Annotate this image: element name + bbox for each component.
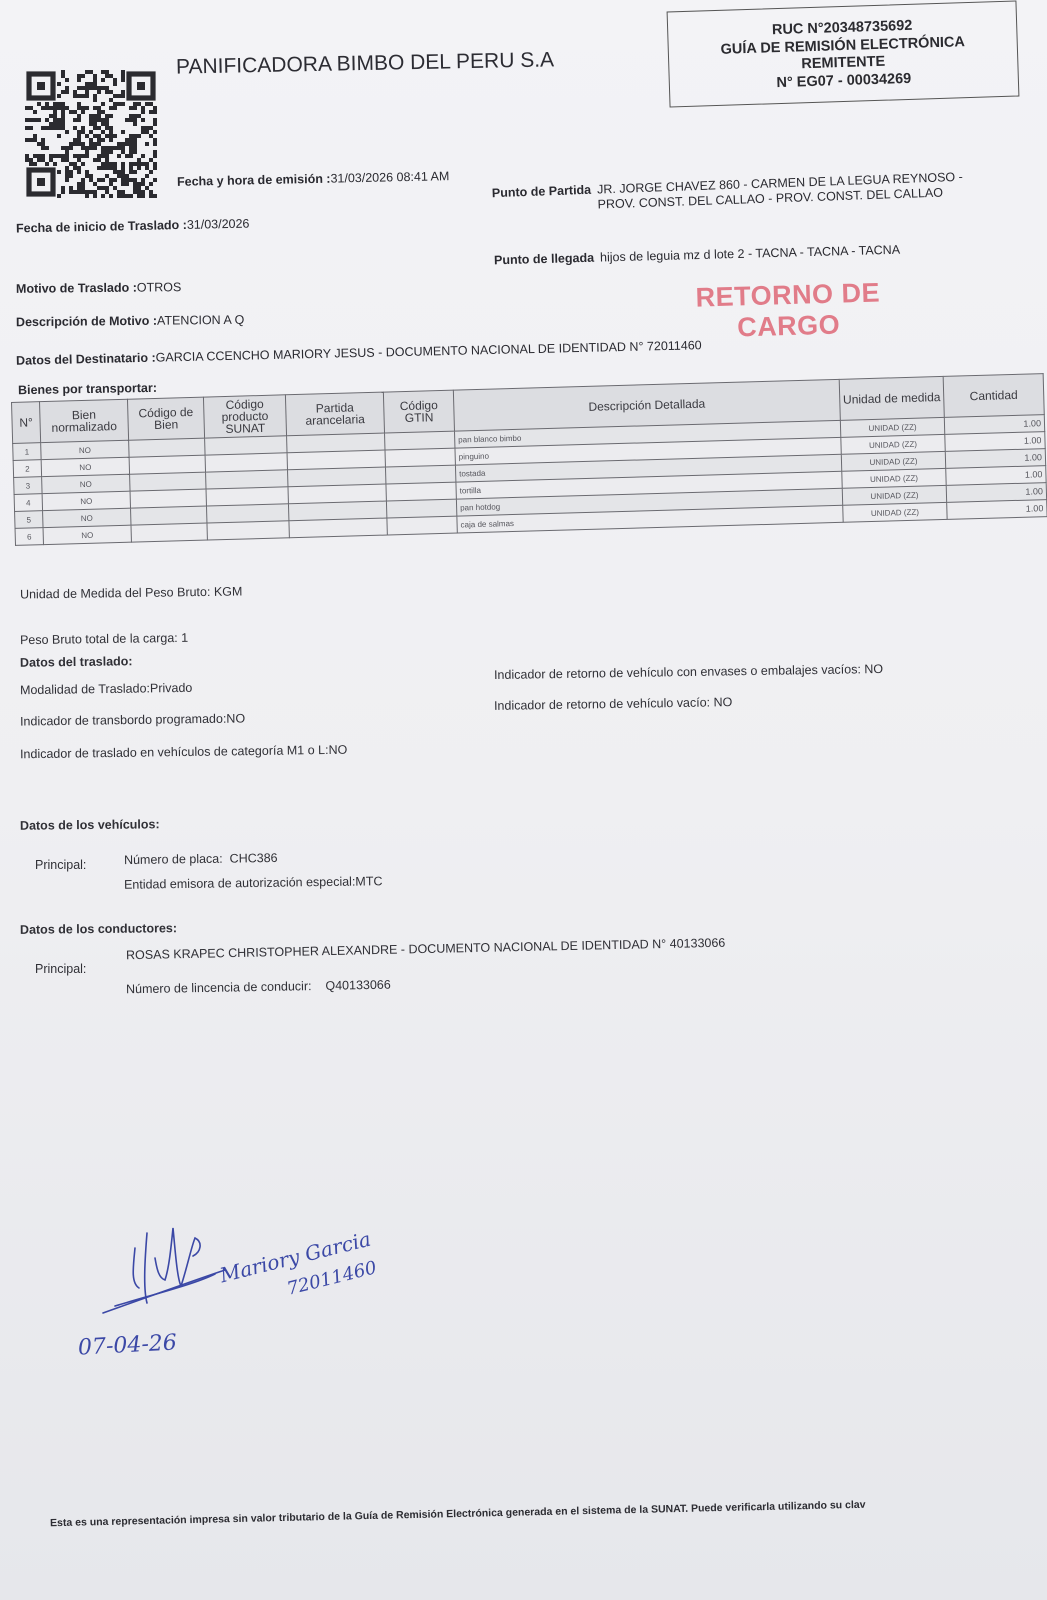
vehicles-title: Datos de los vehículos: <box>20 817 160 832</box>
goods-cell-codigo-bien <box>131 523 207 542</box>
goods-cell-gtin <box>386 482 456 501</box>
goods-col-header: Unidad de medida <box>839 376 944 420</box>
reason-description: Descripción de Motivo :ATENCION A Q <box>16 313 244 329</box>
stamp-line2: CARGO <box>696 308 881 344</box>
goods-cell-codigo-bien <box>130 489 206 508</box>
departure-point-address: JR. JORGE CHAVEZ 860 - CARMEN DE LA LEGU… <box>597 170 964 213</box>
emission-date-value: 31/03/2026 08:41 AM <box>330 169 449 185</box>
gross-weight-unit-label: Unidad de Medida del Peso Bruto: <box>20 585 211 602</box>
gross-weight-total-value: 1 <box>181 631 188 645</box>
authorization-entity: Entidad emisora de autorización especial… <box>124 874 383 892</box>
goods-cell-cantidad: 1.00 <box>947 500 1047 520</box>
emission-date: Fecha y hora de emisión :31/03/2026 08:4… <box>177 169 450 189</box>
vehicle-principal-label: Principal: <box>35 858 86 872</box>
handwritten-date: 07-04-26 <box>77 1330 177 1360</box>
driver-license: Número de lincencia de conducir: Q401330… <box>126 978 391 997</box>
return-with-packaging-indicator: Indicador de retorno de vehículo con env… <box>494 662 883 682</box>
arrival-point: Punto de llegadahijos de leguia mz d lot… <box>494 243 900 268</box>
footer-disclaimer: Esta es una representación impresa sin v… <box>50 1499 866 1530</box>
goods-cell-codigo-bien <box>129 438 205 457</box>
reason-description-value: ATENCION A Q <box>157 313 244 328</box>
license-plate-value: CHC386 <box>230 851 278 866</box>
gross-weight-total: Peso Bruto total de la carga: 1 <box>20 631 188 647</box>
goods-col-header: Código GTIN <box>383 390 454 433</box>
transfer-reason: Motivo de Traslado :OTROS <box>16 280 181 296</box>
goods-cell-codigo-bien <box>131 506 207 525</box>
goods-cell-gtin <box>385 465 455 484</box>
reason-description-label: Descripción de Motivo : <box>16 314 157 329</box>
license-plate: Número de placa: CHC386 <box>124 851 278 867</box>
goods-col-header: N° <box>12 402 41 444</box>
goods-col-header: Bien normalizado <box>40 399 129 442</box>
driver-license-value: Q40133066 <box>325 978 391 993</box>
goods-cell-n: 6 <box>15 528 43 546</box>
transfer-start-value: 31/03/2026 <box>187 217 250 232</box>
goods-cell-codigo-bien <box>130 472 206 491</box>
license-plate-label: Número de placa: <box>124 852 223 867</box>
emission-date-label: Fecha y hora de emisión : <box>177 172 331 189</box>
qr-code-icon <box>25 70 157 198</box>
company-name: PANIFICADORA BIMBO DEL PERU S.A <box>176 48 554 79</box>
return-empty-indicator: Indicador de retorno de vehículo vacío: … <box>494 695 733 713</box>
goods-col-header: Código de Bien <box>127 397 204 440</box>
m1-category-indicator: Indicador de traslado en vehículos de ca… <box>20 743 347 762</box>
goods-cell-partida <box>289 518 387 538</box>
stamp-line1: RETORNO DE <box>695 277 880 313</box>
goods-col-header: Código producto SUNAT <box>203 395 286 438</box>
driver-principal-label: Principal: <box>35 962 86 976</box>
goods-col-header: Cantidad <box>943 374 1044 418</box>
return-stamp: RETORNO DE CARGO <box>695 277 881 344</box>
goods-cell-n: 5 <box>15 511 43 529</box>
departure-point: Punto de PartidaJR. JORGE CHAVEZ 860 - C… <box>492 170 964 216</box>
arrival-point-value: hijos de leguia mz d lote 2 - TACNA - TA… <box>600 243 900 265</box>
driver-name: ROSAS KRAPEC CHRISTOPHER ALEXANDRE - DOC… <box>126 936 726 963</box>
arrival-point-label: Punto de llegada <box>494 251 594 268</box>
goods-cell-codigo-bien <box>129 455 205 474</box>
goods-cell-gtin <box>385 431 455 450</box>
drivers-title: Datos de los conductores: <box>20 921 177 937</box>
transfer-mode: Modalidad de Traslado:Privado <box>20 681 193 697</box>
goods-cell-n: 1 <box>13 443 41 461</box>
transfer-start-date: Fecha de inicio de Traslado :31/03/2026 <box>16 217 250 236</box>
transshipment-indicator: Indicador de transbordo programado:NO <box>20 711 245 728</box>
gross-weight-unit-value: KGM <box>214 584 243 598</box>
transfer-reason-label: Motivo de Traslado : <box>16 281 137 296</box>
goods-cell-gtin <box>385 448 455 467</box>
goods-cell-n: 4 <box>14 494 42 512</box>
goods-col-header: Partida arancelaria <box>285 392 384 436</box>
transfer-data-title: Datos del traslado: <box>20 654 133 670</box>
gross-weight-total-label: Peso Bruto total de la carga: <box>20 631 178 647</box>
transfer-reason-value: OTROS <box>137 280 182 294</box>
departure-point-label: Punto de Partida <box>492 183 592 200</box>
goods-cell-gtin <box>386 499 456 518</box>
goods-table: N°Bien normalizadoCódigo de BienCódigo p… <box>11 373 1047 546</box>
goods-cell-n: 3 <box>14 477 42 495</box>
goods-table-wrapper: N°Bien normalizadoCódigo de BienCódigo p… <box>10 337 1047 546</box>
driver-license-label: Número de lincencia de conducir: <box>126 979 312 996</box>
goods-cell-codigo-sunat <box>207 521 289 540</box>
goods-cell-gtin <box>387 516 457 535</box>
goods-cell-n: 2 <box>13 460 41 478</box>
gross-weight-unit: Unidad de Medida del Peso Bruto: KGM <box>20 584 243 601</box>
goods-cell-unidad: UNIDAD (ZZ) <box>843 502 947 522</box>
goods-cell-normalizado: NO <box>43 525 131 544</box>
document-page: PANIFICADORA BIMBO DEL PERU S.A RUC N°20… <box>0 0 1047 1600</box>
transfer-start-label: Fecha de inicio de Traslado : <box>16 218 187 236</box>
ruc-box: RUC N°20348735692 GUÍA DE REMISIÓN ELECT… <box>667 1 1020 108</box>
